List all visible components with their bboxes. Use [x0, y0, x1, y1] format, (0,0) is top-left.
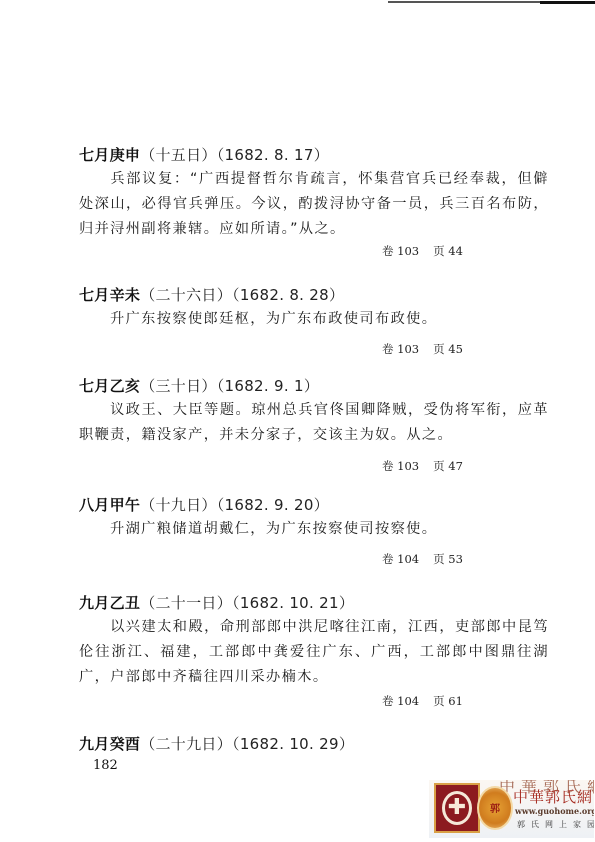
- site-watermark-logo: 中華郭氏網 郭 中華郭氏網 www.guohome.org 郭氏网上家园: [429, 780, 594, 838]
- entry-text: 升广东按察使郎廷枢，为广东布政使司布政使。: [110, 311, 437, 327]
- gregorian-date: （1682. 9. 1）: [217, 377, 319, 395]
- entry-1682-09-20: 八月甲午（十九日）（1682. 9. 20） 升湖广粮储道胡戴仁，为广东按察使司…: [79, 495, 549, 542]
- lunar-date: 七月庚申: [79, 146, 140, 164]
- citation-juan: 卷 104: [382, 552, 419, 566]
- entry-heading: 九月癸酉（二十九日）（1682. 10. 29）: [79, 734, 549, 754]
- entry-text: 以兴建太和殿，命刑部郎中洪尼喀往江南，江西，吏部郎中昆笃伦往浙江、福建，工部郎中…: [79, 619, 549, 685]
- seal-emblem-icon: [434, 783, 480, 833]
- medal-icon: 郭: [477, 786, 513, 830]
- top-border-rule-dark: [540, 1, 595, 4]
- gregorian-date: （1682. 10. 21）: [232, 594, 354, 612]
- entry-body: 以兴建太和殿，命刑部郎中洪尼喀往江南，江西，吏部郎中昆笃伦往浙江、福建，工部郎中…: [79, 615, 549, 690]
- entry-1682-10-29: 九月癸酉（二十九日）（1682. 10. 29）: [79, 734, 549, 754]
- lunar-date: 八月甲午: [79, 496, 140, 514]
- gregorian-date: （1682. 10. 29）: [232, 735, 354, 753]
- day-of-month: （二十一日）: [140, 594, 232, 612]
- gregorian-date: （1682. 8. 28）: [232, 286, 344, 304]
- citation: 卷 104页 53: [382, 551, 463, 567]
- lunar-date: 七月乙亥: [79, 377, 140, 395]
- lunar-date: 七月辛未: [79, 286, 140, 304]
- citation-juan: 卷 104: [382, 694, 419, 708]
- entry-heading: 七月辛未（二十六日）（1682. 8. 28）: [79, 285, 549, 305]
- day-of-month: （十九日）: [140, 496, 217, 514]
- entry-body: 兵部议复：“广西提督哲尔肯疏言，怀集营官兵已经奉裁，但僻处深山，必得官兵弹压。今…: [79, 167, 549, 242]
- citation-juan: 卷 103: [382, 244, 419, 258]
- entry-body: 升广东按察使郎廷枢，为广东布政使司布政使。: [79, 307, 549, 332]
- citation-ye: 页 44: [433, 244, 463, 258]
- day-of-month: （十五日）: [140, 146, 217, 164]
- entry-1682-08-28: 七月辛未（二十六日）（1682. 8. 28） 升广东按察使郎廷枢，为广东布政使…: [79, 285, 549, 332]
- entry-body: 升湖广粮储道胡戴仁，为广东按察使司按察使。: [79, 517, 549, 542]
- citation-juan: 卷 103: [382, 342, 419, 356]
- gregorian-date: （1682. 8. 17）: [217, 146, 329, 164]
- citation: 卷 103页 47: [382, 458, 463, 474]
- logo-url: www.guohome.org: [515, 806, 594, 816]
- citation-ye: 页 47: [433, 459, 463, 473]
- citation: 卷 103页 45: [382, 341, 463, 357]
- logo-slogan: 郭氏网上家园: [517, 819, 594, 830]
- day-of-month: （二十九日）: [140, 735, 232, 753]
- entry-text: 议政王、大臣等题。琼州总兵官佟国卿降贼，受伪将军衔，应革职鞭责，籍没家产，并未分…: [79, 402, 549, 443]
- medal-text: 郭: [479, 800, 511, 815]
- logo-title: 中華郭氏網: [513, 786, 593, 807]
- entry-1682-09-01: 七月乙亥（三十日）（1682. 9. 1） 议政王、大臣等题。琼州总兵官佟国卿降…: [79, 376, 549, 448]
- day-of-month: （二十六日）: [140, 286, 232, 304]
- gregorian-date: （1682. 9. 20）: [217, 496, 329, 514]
- entry-heading: 八月甲午（十九日）（1682. 9. 20）: [79, 495, 549, 515]
- entry-text: 兵部议复：“广西提督哲尔肯疏言，怀集营官兵已经奉裁，但僻处深山，必得官兵弹压。今…: [79, 171, 549, 237]
- entry-text: 升湖广粮储道胡戴仁，为广东按察使司按察使。: [110, 521, 437, 537]
- citation: 卷 103页 44: [382, 243, 463, 259]
- citation-juan: 卷 103: [382, 459, 419, 473]
- citation: 卷 104页 61: [382, 693, 463, 709]
- lunar-date: 九月癸酉: [79, 735, 140, 753]
- day-of-month: （三十日）: [140, 377, 217, 395]
- citation-ye: 页 53: [433, 552, 463, 566]
- entry-heading: 七月庚申（十五日）（1682. 8. 17）: [79, 145, 549, 165]
- page-number: 182: [93, 758, 118, 773]
- entry-heading: 七月乙亥（三十日）（1682. 9. 1）: [79, 376, 549, 396]
- citation-ye: 页 45: [433, 342, 463, 356]
- entry-heading: 九月乙丑（二十一日）（1682. 10. 21）: [79, 593, 549, 613]
- entry-1682-10-21: 九月乙丑（二十一日）（1682. 10. 21） 以兴建太和殿，命刑部郎中洪尼喀…: [79, 593, 549, 690]
- entry-body: 议政王、大臣等题。琼州总兵官佟国卿降贼，受伪将军衔，应革职鞭责，籍没家产，并未分…: [79, 398, 549, 448]
- lunar-date: 九月乙丑: [79, 594, 140, 612]
- citation-ye: 页 61: [433, 694, 463, 708]
- entry-1682-08-17: 七月庚申（十五日）（1682. 8. 17） 兵部议复：“广西提督哲尔肯疏言，怀…: [79, 145, 549, 242]
